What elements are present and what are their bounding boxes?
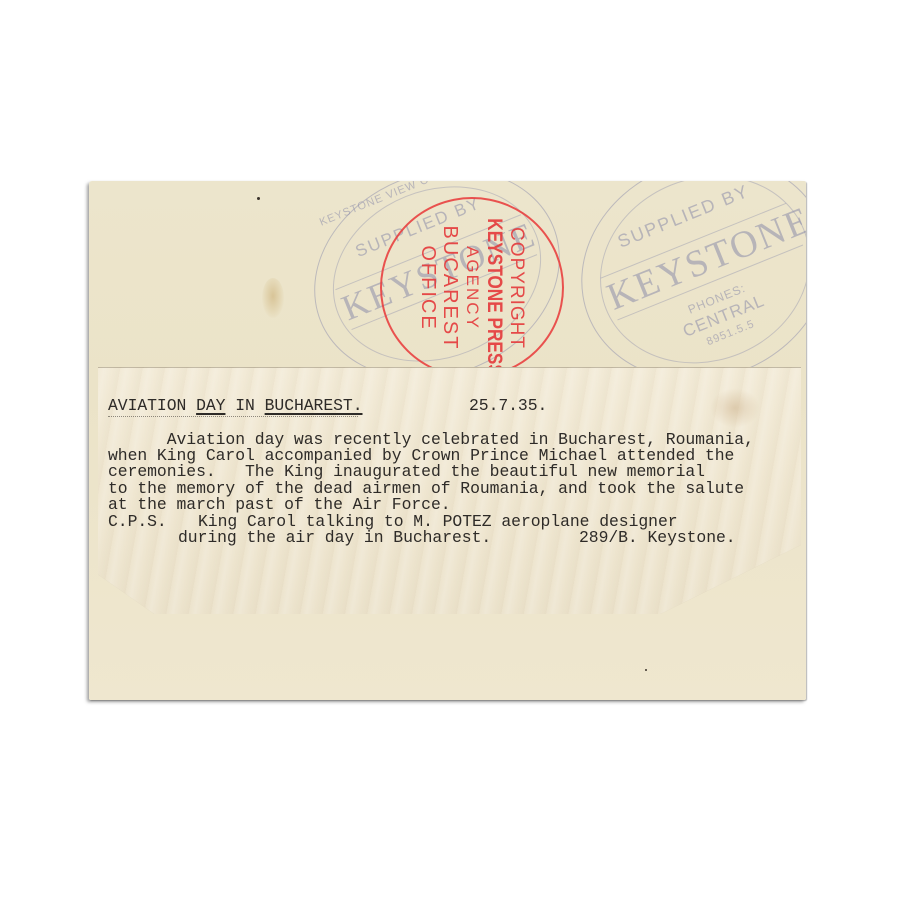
headline-word: AVIATION: [108, 396, 186, 415]
caption-body-line: at the march past of the Air Force.: [108, 497, 451, 513]
photo-card-back: KEYSTONE VIEW CO. ✶ 12 W SUPPLIED BY KEY…: [89, 181, 806, 700]
caption-body-line: ceremonies. The King inaugurated the bea…: [108, 464, 705, 480]
stamp-line-keystone-press: KEYSTONE PRESS: [483, 218, 505, 357]
headline-dotted-rule: [108, 416, 358, 417]
caption-reference: 289/B. Keystone.: [579, 530, 736, 546]
ink-speck: [645, 669, 647, 671]
headline-word: DAY: [196, 396, 225, 415]
ink-speck: [257, 197, 260, 200]
caption-credit-code: C.P.S.: [108, 514, 167, 530]
stamp-line-bucarest: BUCAREST: [439, 203, 461, 373]
caption-slip: AVIATION DAY IN BUCHAREST. 25.7.35. Avia…: [98, 367, 801, 614]
subcaption-line: during the air day in Bucharest.: [178, 530, 491, 546]
stamp-text-block: COPYRIGHT KEYSTONE PRESS AGENCY BUCAREST…: [417, 203, 527, 373]
age-stain: [262, 278, 284, 318]
caption-headline: AVIATION DAY IN BUCHAREST.: [108, 398, 363, 414]
stamp-line-office: OFFICE: [417, 203, 439, 373]
copyright-keystone-press-stamp: COPYRIGHT KEYSTONE PRESS AGENCY BUCAREST…: [380, 197, 564, 378]
stamp-line-copyright: COPYRIGHT: [505, 203, 527, 373]
caption-date: 25.7.35.: [469, 398, 547, 414]
stamp-line-agency: AGENCY: [461, 203, 483, 373]
headline-word: IN: [235, 396, 255, 415]
headline-word: BUCHAREST.: [265, 396, 363, 415]
slip-stain: [710, 388, 760, 428]
